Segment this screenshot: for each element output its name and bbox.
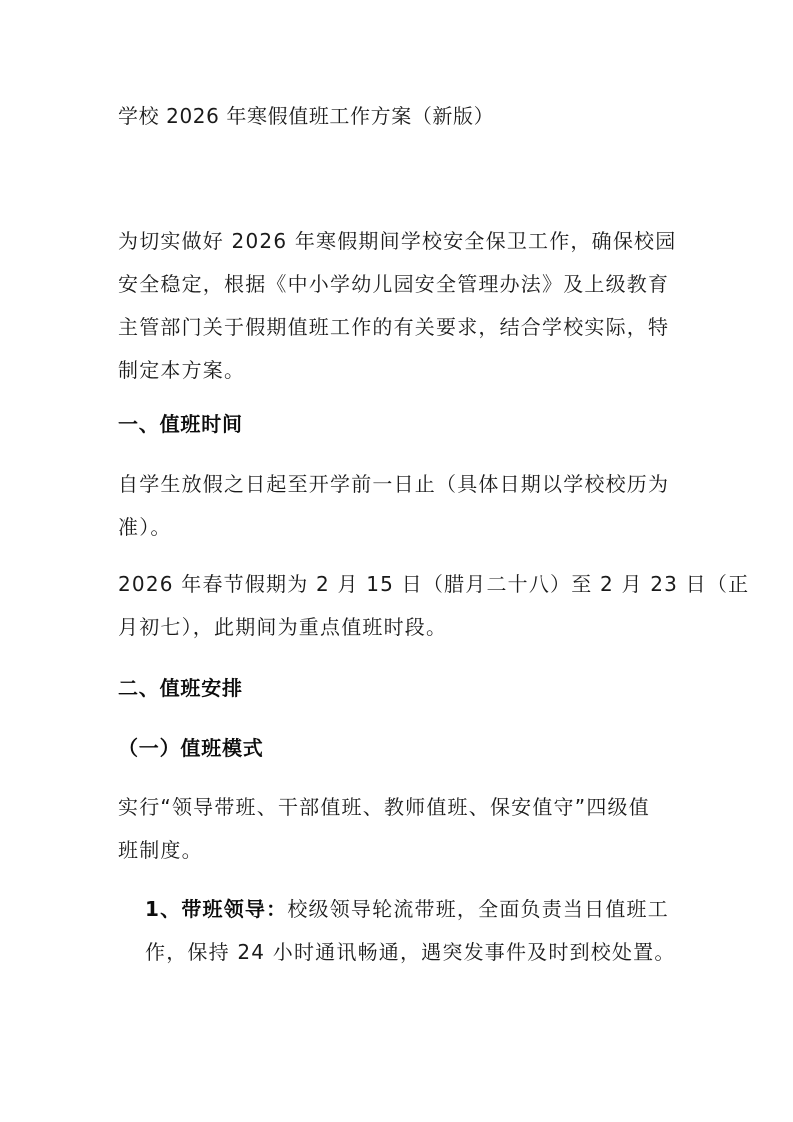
intro-line-3: 主管部门关于假期值班工作的有关要求，结合学校实际，特 <box>118 314 669 340</box>
duty-time-paragraph-2-line-1: 2026 年春节假期为 2 月 15 日（腊月二十八）至 2 月 23 日（正 <box>118 571 749 597</box>
document-page: 学校 2026 年寒假值班工作方案（新版） 为切实做好 2026 年寒假期间学校… <box>0 0 793 1122</box>
duty-time-paragraph-1-line-1: 自学生放假之日起至开学前一日止（具体日期以学校校历为 <box>118 471 669 497</box>
intro-line-2: 安全稳定，根据《中小学幼儿园安全管理办法》及上级教育 <box>118 271 669 297</box>
duty-time-paragraph-1-line-2: 准）。 <box>118 514 172 540</box>
subsection-heading-duty-mode: （一）值班模式 <box>118 735 264 761</box>
duty-mode-paragraph-line-1: 实行“领导带班、干部值班、教师值班、保安值守”四级值 <box>118 794 650 820</box>
section-heading-duty-arrangement: 二、值班安排 <box>118 675 243 701</box>
list-item-text: 校级领导轮流带班，全面负责当日值班工 <box>287 897 669 921</box>
duty-mode-paragraph-line-2: 班制度。 <box>118 837 203 863</box>
document-title: 学校 2026 年寒假值班工作方案（新版） <box>118 103 494 129</box>
list-item-lead-leader-continuation: 作，保持 24 小时通讯畅通，遇突发事件及时到校处置。 <box>145 939 676 965</box>
list-item-lead-leader: 1、带班领导：校级领导轮流带班，全面负责当日值班工 <box>145 896 669 922</box>
section-heading-duty-time: 一、值班时间 <box>118 411 243 437</box>
intro-line-4: 制定本方案。 <box>118 357 245 383</box>
list-item-label: 1、带班领导： <box>145 897 287 921</box>
duty-time-paragraph-2-line-2: 月初七），此期间为重点值班时段。 <box>118 614 447 640</box>
intro-line-1: 为切实做好 2026 年寒假期间学校安全保卫工作，确保校园 <box>118 228 676 254</box>
